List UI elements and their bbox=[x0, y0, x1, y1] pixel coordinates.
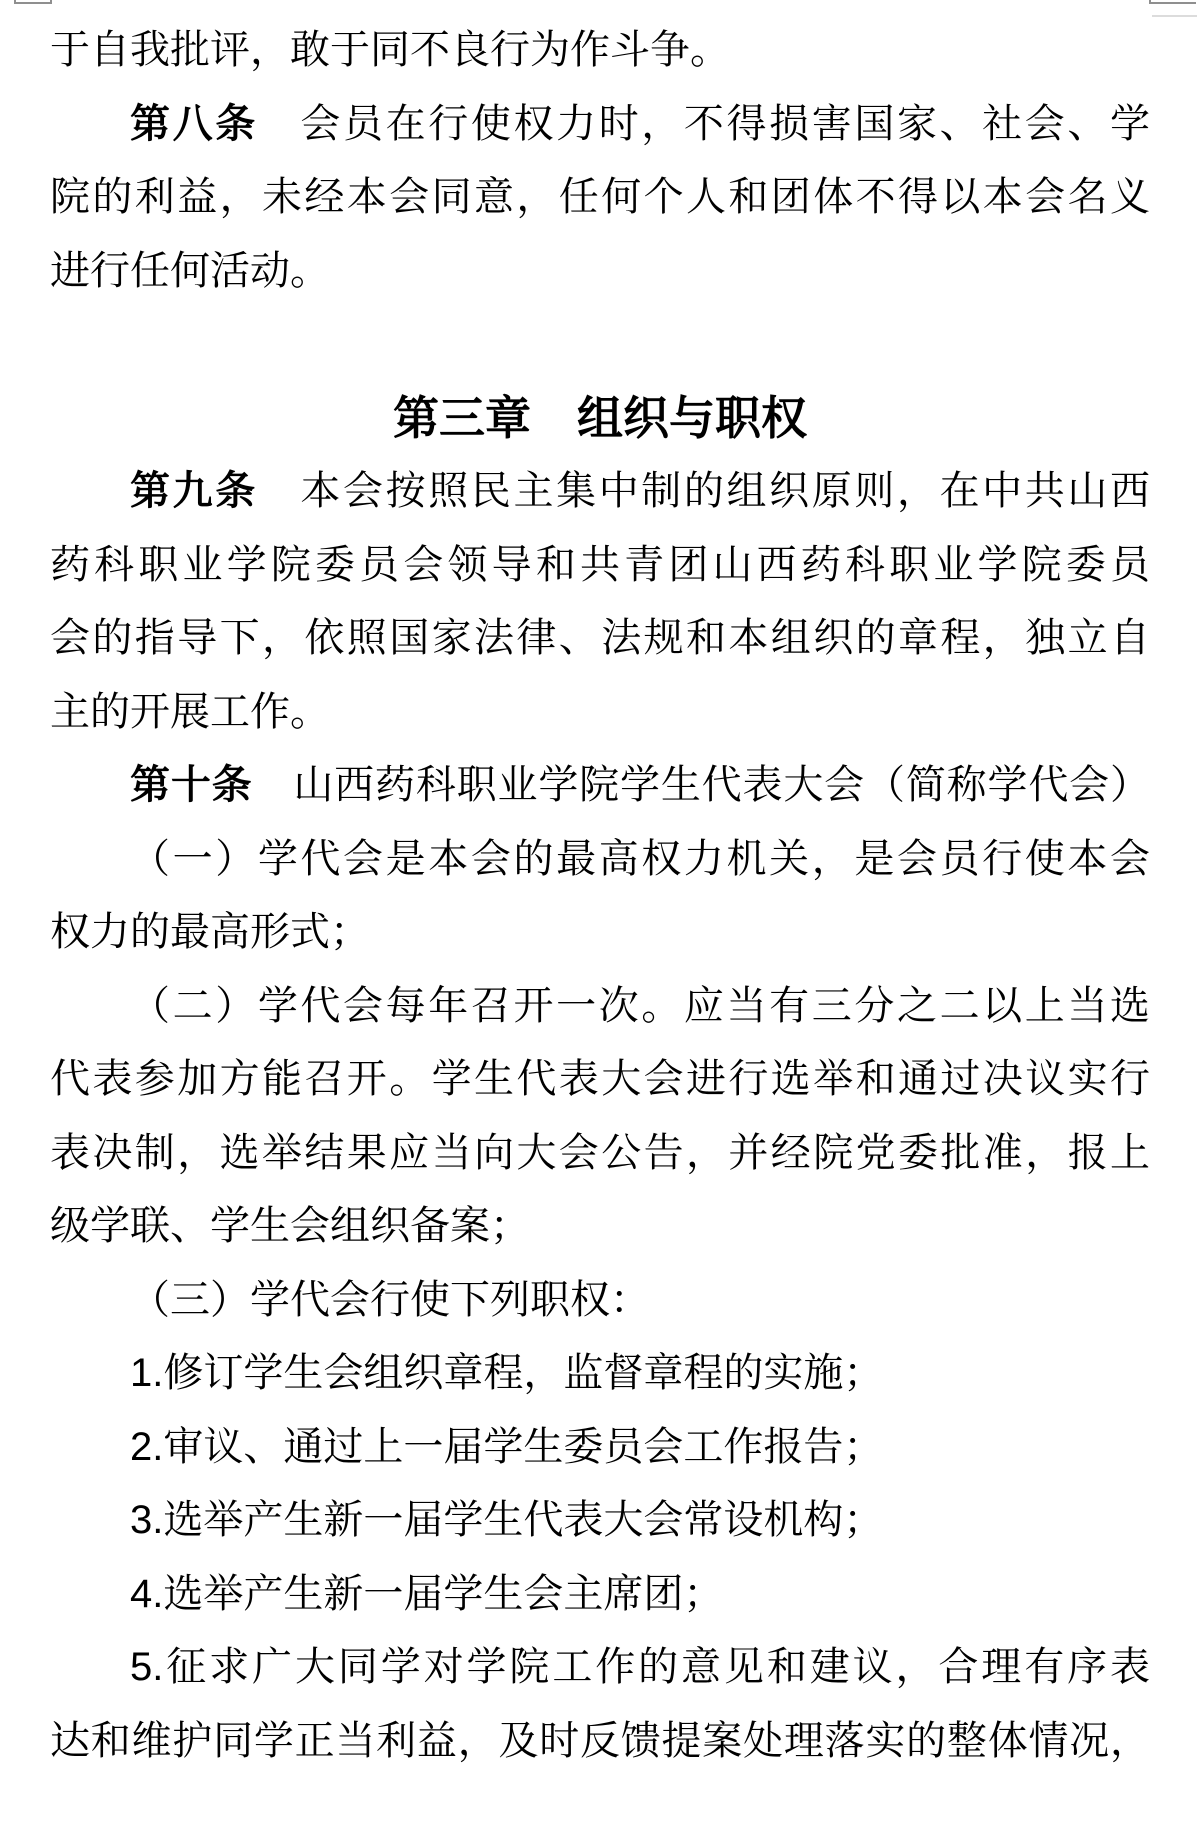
document-body: 于自我批评，敢于同不良行为作斗争。第八条 会员在行使权力时，不得损害国家、社会、… bbox=[50, 14, 1150, 1778]
power-3: 3.选举产生新一届学生代表大会常设机构； bbox=[50, 1484, 1150, 1558]
article-10-line-1: 第十条 山西药科职业学院学生代表大会（简称学代会） bbox=[50, 749, 1150, 823]
text: 4.选举产生新一届学生会主席团； bbox=[130, 1572, 723, 1616]
document-page: { "page": { "background_color": "#ffffff… bbox=[0, 0, 1200, 1835]
bold-text: 第三章 组织与职权 bbox=[393, 392, 807, 444]
text: （一）学代会是本会的最高权力机关，是会员行使本会 bbox=[130, 837, 1150, 881]
para-self-criticism-cont: 于自我批评，敢于同不良行为作斗争。 bbox=[50, 14, 1150, 88]
text: 代表参加方能召开。学生代表大会进行选举和通过决议实行 bbox=[50, 1057, 1150, 1101]
text: 权力的最高形式； bbox=[50, 910, 370, 954]
article-9-line-3: 会的指导下，依照国家法律、法规和本组织的章程，独立自 bbox=[50, 602, 1150, 676]
text: 进行任何活动。 bbox=[50, 249, 330, 293]
chapter-3-heading: 第三章 组织与职权 bbox=[50, 382, 1150, 456]
bold-text: 第十条 bbox=[130, 763, 253, 807]
text: （二）学代会每年召开一次。应当有三分之二以上当选 bbox=[130, 984, 1150, 1028]
power-5-line-2: 达和维护同学正当利益，及时反馈提案处理落实的整体情况， bbox=[50, 1705, 1150, 1779]
text: 3.选举产生新一届学生代表大会常设机构； bbox=[130, 1498, 883, 1542]
item-1-line-1: （一）学代会是本会的最高权力机关，是会员行使本会 bbox=[50, 823, 1150, 897]
article-9-line-4: 主的开展工作。 bbox=[50, 676, 1150, 750]
text: 达和维护同学正当利益，及时反馈提案处理落实的整体情况， bbox=[50, 1719, 1150, 1763]
item-2-line-2: 代表参加方能召开。学生代表大会进行选举和通过决议实行 bbox=[50, 1043, 1150, 1117]
page-corner-mark-left bbox=[14, 0, 52, 4]
article-9-line-2: 药科职业学院委员会领导和共青团山西药科职业学院委员 bbox=[50, 529, 1150, 603]
text: 2.审议、通过上一届学生委员会工作报告； bbox=[130, 1425, 883, 1469]
item-1-line-2: 权力的最高形式； bbox=[50, 896, 1150, 970]
page-corner-mark-right-ghost bbox=[1152, 15, 1197, 17]
text: 5.征求广大同学对学院工作的意见和建议，合理有序表 bbox=[130, 1645, 1150, 1689]
text: 于自我批评，敢于同不良行为作斗争。 bbox=[50, 28, 730, 72]
item-3-line-1: （三）学代会行使下列职权： bbox=[50, 1264, 1150, 1338]
text: 级学联、学生会组织备案； bbox=[50, 1204, 530, 1248]
power-4: 4.选举产生新一届学生会主席团； bbox=[50, 1558, 1150, 1632]
text: 主的开展工作。 bbox=[50, 690, 330, 734]
text: 本会按照民主集中制的组织原则，在中共山西 bbox=[258, 469, 1150, 513]
text: 院的利益，未经本会同意，任何个人和团体不得以本会名义 bbox=[50, 175, 1150, 219]
power-2: 2.审议、通过上一届学生委员会工作报告； bbox=[50, 1411, 1150, 1485]
article-8-line-1: 第八条 会员在行使权力时，不得损害国家、社会、学 bbox=[50, 88, 1150, 162]
page-corner-mark-right bbox=[1149, 0, 1196, 4]
text: 会的指导下，依照国家法律、法规和本组织的章程，独立自 bbox=[50, 616, 1150, 660]
article-9-line-1: 第九条 本会按照民主集中制的组织原则，在中共山西 bbox=[50, 455, 1150, 529]
bold-text: 第八条 bbox=[130, 102, 258, 146]
item-2-line-3: 表决制，选举结果应当向大会公告，并经院党委批准，报上 bbox=[50, 1117, 1150, 1191]
text: （三）学代会行使下列职权： bbox=[130, 1278, 650, 1322]
article-8-line-2: 院的利益，未经本会同意，任何个人和团体不得以本会名义 bbox=[50, 161, 1150, 235]
item-2-line-1: （二）学代会每年召开一次。应当有三分之二以上当选 bbox=[50, 970, 1150, 1044]
text: 1.修订学生会组织章程，监督章程的实施； bbox=[130, 1351, 883, 1395]
article-8-line-3: 进行任何活动。 bbox=[50, 235, 1150, 309]
power-5-line-1: 5.征求广大同学对学院工作的意见和建议，合理有序表 bbox=[50, 1631, 1150, 1705]
text: 表决制，选举结果应当向大会公告，并经院党委批准，报上 bbox=[50, 1131, 1150, 1175]
blank-line bbox=[50, 308, 1150, 382]
text: 会员在行使权力时，不得损害国家、社会、学 bbox=[258, 102, 1150, 146]
bold-text: 第九条 bbox=[130, 469, 258, 513]
power-1: 1.修订学生会组织章程，监督章程的实施； bbox=[50, 1337, 1150, 1411]
text: 药科职业学院委员会领导和共青团山西药科职业学院委员 bbox=[50, 543, 1150, 587]
item-2-line-4: 级学联、学生会组织备案； bbox=[50, 1190, 1150, 1264]
text: 山西药科职业学院学生代表大会（简称学代会） bbox=[253, 763, 1151, 807]
